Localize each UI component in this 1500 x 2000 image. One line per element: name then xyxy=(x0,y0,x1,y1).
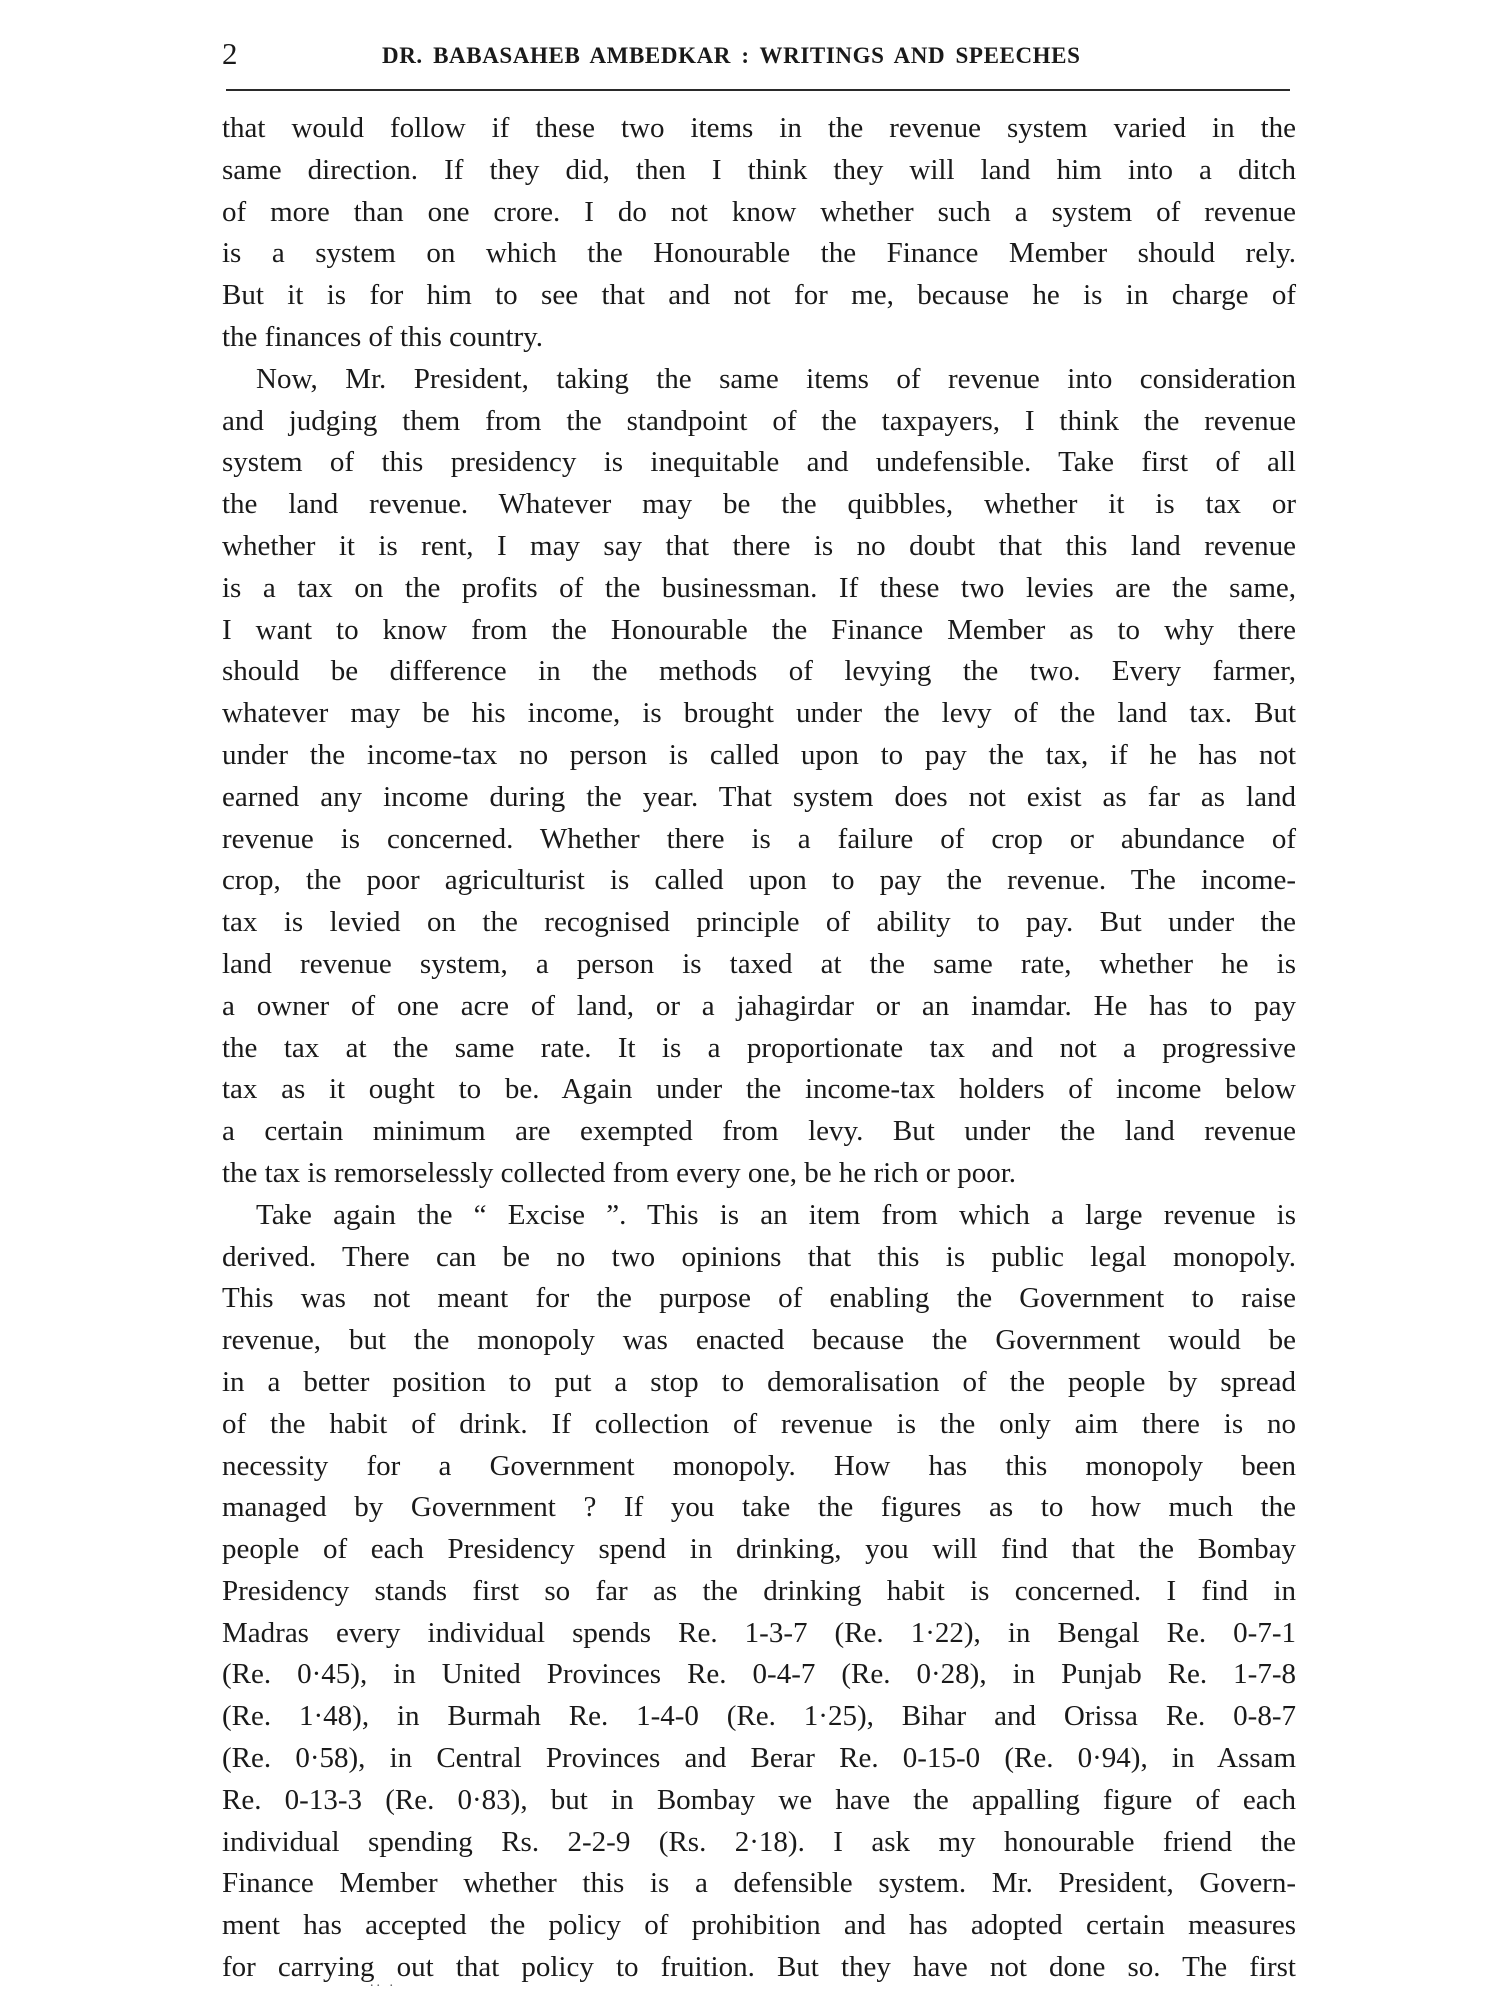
text-line: But it is for him to see that and not fo… xyxy=(222,275,1296,317)
document-page: 2 DR. BABASAHEB AMBEDKAR : WRITINGS AND … xyxy=(0,0,1500,2000)
text-line: Now, Mr. President, taking the same item… xyxy=(222,359,1296,401)
text-line: whether it is rent, I may say that there… xyxy=(222,526,1296,568)
text-line: derived. There can be no two opinions th… xyxy=(222,1237,1296,1279)
text-line: the tax at the same rate. It is a propor… xyxy=(222,1028,1296,1070)
text-line: (Re. 0·45), in United Provinces Re. 0-4-… xyxy=(222,1654,1296,1696)
text-line: (Re. 1·48), in Burmah Re. 1-4-0 (Re. 1·2… xyxy=(222,1696,1296,1738)
text-line: revenue is concerned. Whether there is a… xyxy=(222,819,1296,861)
text-line: tax is levied on the recognised principl… xyxy=(222,902,1296,944)
text-line: (Re. 0·58), in Central Provinces and Ber… xyxy=(222,1738,1296,1780)
text-line: a owner of one acre of land, or a jahagi… xyxy=(222,986,1296,1028)
body-text: that would follow if these two items in … xyxy=(222,108,1296,1989)
text-line: managed by Government ? If you take the … xyxy=(222,1487,1296,1529)
text-line: in a better position to put a stop to de… xyxy=(222,1362,1296,1404)
text-line: should be difference in the methods of l… xyxy=(222,651,1296,693)
text-line: earned any income during the year. That … xyxy=(222,777,1296,819)
text-line: Finance Member whether this is a defensi… xyxy=(222,1863,1296,1905)
text-line: people of each Presidency spend in drink… xyxy=(222,1529,1296,1571)
running-head-title: DR. BABASAHEB AMBEDKAR : WRITINGS AND SP… xyxy=(382,36,1081,76)
text-line: I want to know from the Honourable the F… xyxy=(222,610,1296,652)
text-line: whatever may be his income, is brought u… xyxy=(222,693,1296,735)
text-line: Madras every individual spends Re. 1-3-7… xyxy=(222,1613,1296,1655)
text-line: and judging them from the standpoint of … xyxy=(222,401,1296,443)
text-line: system of this presidency is inequitable… xyxy=(222,442,1296,484)
text-line: under the income-tax no person is called… xyxy=(222,735,1296,777)
text-line: Re. 0-13-3 (Re. 0·83), but in Bombay we … xyxy=(222,1780,1296,1822)
text-line: revenue, but the monopoly was enacted be… xyxy=(222,1320,1296,1362)
stray-print-marks: .. . xyxy=(370,1975,396,1991)
text-line: that would follow if these two items in … xyxy=(222,108,1296,150)
text-line: ment has accepted the policy of prohibit… xyxy=(222,1905,1296,1947)
paragraph: Take again the “ Excise ”. This is an it… xyxy=(222,1195,1296,1989)
text-line: of the habit of drink. If collection of … xyxy=(222,1404,1296,1446)
text-line: land revenue system, a person is taxed a… xyxy=(222,944,1296,986)
running-head: 2 DR. BABASAHEB AMBEDKAR : WRITINGS AND … xyxy=(222,34,1292,74)
text-line: crop, the poor agriculturist is called u… xyxy=(222,860,1296,902)
page-number: 2 xyxy=(222,34,238,74)
text-line: tax as it ought to be. Again under the i… xyxy=(222,1069,1296,1111)
text-line: Presidency stands first so far as the dr… xyxy=(222,1571,1296,1613)
text-line: Take again the “ Excise ”. This is an it… xyxy=(222,1195,1296,1237)
paragraph: that would follow if these two items in … xyxy=(222,108,1296,359)
text-line: This was not meant for the purpose of en… xyxy=(222,1278,1296,1320)
paragraph: Now, Mr. President, taking the same item… xyxy=(222,359,1296,1195)
text-line: same direction. If they did, then I thin… xyxy=(222,150,1296,192)
text-line: individual spending Rs. 2-2-9 (Rs. 2·18)… xyxy=(222,1822,1296,1864)
text-line: the tax is remorselessly collected from … xyxy=(222,1153,1296,1195)
text-line: a certain minimum are exempted from levy… xyxy=(222,1111,1296,1153)
text-line: necessity for a Government monopoly. How… xyxy=(222,1446,1296,1488)
text-line: of more than one crore. I do not know wh… xyxy=(222,192,1296,234)
header-rule xyxy=(226,89,1290,91)
text-line: the land revenue. Whatever may be the qu… xyxy=(222,484,1296,526)
text-line: the finances of this country. xyxy=(222,317,1296,359)
text-line: is a tax on the profits of the businessm… xyxy=(222,568,1296,610)
text-line: is a system on which the Honourable the … xyxy=(222,233,1296,275)
